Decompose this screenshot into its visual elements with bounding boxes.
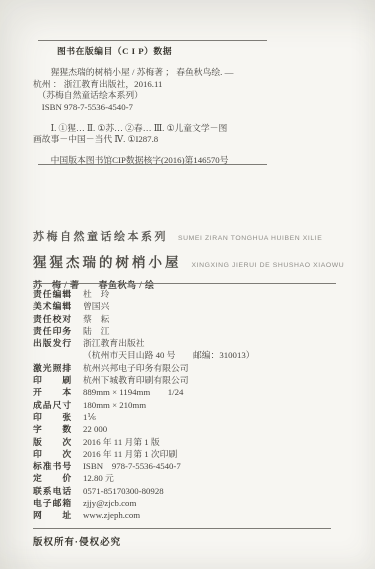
series-title-pinyin: SUMEI ZIRAN TONGHUA HUIBEN XILIE [178,235,322,242]
credits-row-value: 1⅙ [83,411,96,423]
divider-credits-top [33,283,336,284]
credits-row-value: zjjy@zjcb.com [83,497,136,509]
series-title: 苏梅自然童话绘本系列 [33,228,168,244]
credits-row: 电子邮箱zjjy@zjcb.com [33,497,353,509]
divider-cip-bottom [38,164,267,165]
cip-line: （苏梅自然童话绘本系列） [33,90,333,101]
credits-row-label: 标准书号 [33,460,83,472]
credits-row-value: 12.80 元 [83,472,114,484]
credits-row-label: 印 次 [33,448,83,460]
credits-row-value: 889mm × 1194mm 1/24 [83,386,183,398]
cip-line: 猩猩杰瑞的树梢小屋 / 苏梅著 ； 春鱼秋鸟绘. — [33,67,333,78]
credits-row-value: 杜 玲 [83,288,109,300]
credits-row: 激光照排杭州兴邦电子印务有限公司 [33,362,353,374]
credits-row: 印 刷杭州下城教育印刷有限公司 [33,374,353,386]
colophon-page: 图书在版编目（C I P）数据 猩猩杰瑞的树梢小屋 / 苏梅著 ； 春鱼秋鸟绘.… [0,0,375,569]
credits-row: 成品尺寸180mm × 210mm [33,399,353,411]
cip-section: 图书在版编目（C I P）数据 猩猩杰瑞的树梢小屋 / 苏梅著 ； 春鱼秋鸟绘.… [33,46,333,166]
credits-row-value: 陆 江 [83,325,109,337]
title-section: 苏梅自然童话绘本系列 SUMEI ZIRAN TONGHUA HUIBEN XI… [33,228,353,291]
credits-row: 联系电话0571-85170300-80928 [33,485,353,497]
cip-line: ISBN 978-7-5536-4540-7 [33,102,333,113]
credits-row: （杭州市天目山路 40 号 邮编：310013） [33,349,353,361]
credits-row-label: 电子邮箱 [33,497,83,509]
credits-row: 出版发行浙江教育出版社 [33,337,353,349]
credits-row-value: 0571-85170300-80928 [83,485,164,497]
credits-row-label: 责任校对 [33,313,83,325]
credits-row-value: 180mm × 210mm [83,399,146,411]
book-title: 猩猩杰瑞的树梢小屋 [33,251,182,271]
credits-row-label: 出版发行 [33,337,83,349]
book-title-pinyin: XINGXING JIERUI DE SHUSHAO XIAOWU [192,262,345,269]
credits-row-value: ISBN 978-7-5536-4540-7 [83,460,181,472]
credits-row-label: 激光照排 [33,362,83,374]
credits-row-label: 美术编辑 [33,300,83,312]
credits-row: 字 数22 000 [33,423,353,435]
credits-row-label: 成品尺寸 [33,399,83,411]
credits-row: 责任编辑杜 玲 [33,288,353,300]
credits-row-value: 22 000 [83,423,107,435]
credits-row-label: 开 本 [33,386,83,398]
credits-row-label: 网 址 [33,509,83,521]
credits-row-value: （杭州市天目山路 40 号 邮编：310013） [83,349,255,361]
credits-row: 责任印务陆 江 [33,325,353,337]
credits-row-value: www.zjeph.com [83,509,140,521]
credits-row-label: 字 数 [33,423,83,435]
credits-list: 责任编辑杜 玲美术编辑曾国兴责任校对蔡 耘责任印务陆 江出版发行浙江教育出版社（… [33,288,353,522]
credits-row-value: 曾国兴 [83,300,109,312]
credits-row: 网 址www.zjeph.com [33,509,353,521]
credits-row-value: 蔡 耘 [83,313,109,325]
divider-top [38,40,267,41]
credits-row-label: 联系电话 [33,485,83,497]
credits-row-value: 2016 年 11 月第 1 版 [83,436,160,448]
divider-footer [33,528,331,529]
cip-classification-line: Ⅰ. ①猩… Ⅱ. ①苏… ②春… Ⅲ. ①儿童文学－图 [33,123,333,134]
credits-row-label: 版 次 [33,436,83,448]
credits-row: 标准书号ISBN 978-7-5536-4540-7 [33,460,353,472]
credits-row-value: 杭州兴邦电子印务有限公司 [83,362,189,374]
credits-row-value: 浙江教育出版社 [83,337,145,349]
credits-row: 定 价12.80 元 [33,472,353,484]
credits-row: 美术编辑曾国兴 [33,300,353,312]
credits-row-label: 责任编辑 [33,288,83,300]
credits-row-label [33,349,83,361]
credits-row: 版 次2016 年 11 月第 1 版 [33,436,353,448]
credits-row: 开 本889mm × 1194mm 1/24 [33,386,353,398]
credits-row-label: 责任印务 [33,325,83,337]
credits-row: 印 张1⅙ [33,411,353,423]
credits-row: 责任校对蔡 耘 [33,313,353,325]
credits-row: 印 次2016 年 11 月第 1 次印刷 [33,448,353,460]
credits-row-label: 印 刷 [33,374,83,386]
cip-header: 图书在版编目（C I P）数据 [57,46,333,57]
credits-row-value: 杭州下城教育印刷有限公司 [83,374,189,386]
credits-row-value: 2016 年 11 月第 1 次印刷 [83,448,177,460]
credits-row-label: 定 价 [33,472,83,484]
copyright-notice: 版权所有·侵权必究 [33,534,121,548]
cip-line: 杭州 ： 浙江教育出版社，2016.11 [33,79,333,90]
cip-classification-line: 画故事－中国－当代 Ⅳ. ①I287.8 [33,134,333,145]
credits-row-label: 印 张 [33,411,83,423]
